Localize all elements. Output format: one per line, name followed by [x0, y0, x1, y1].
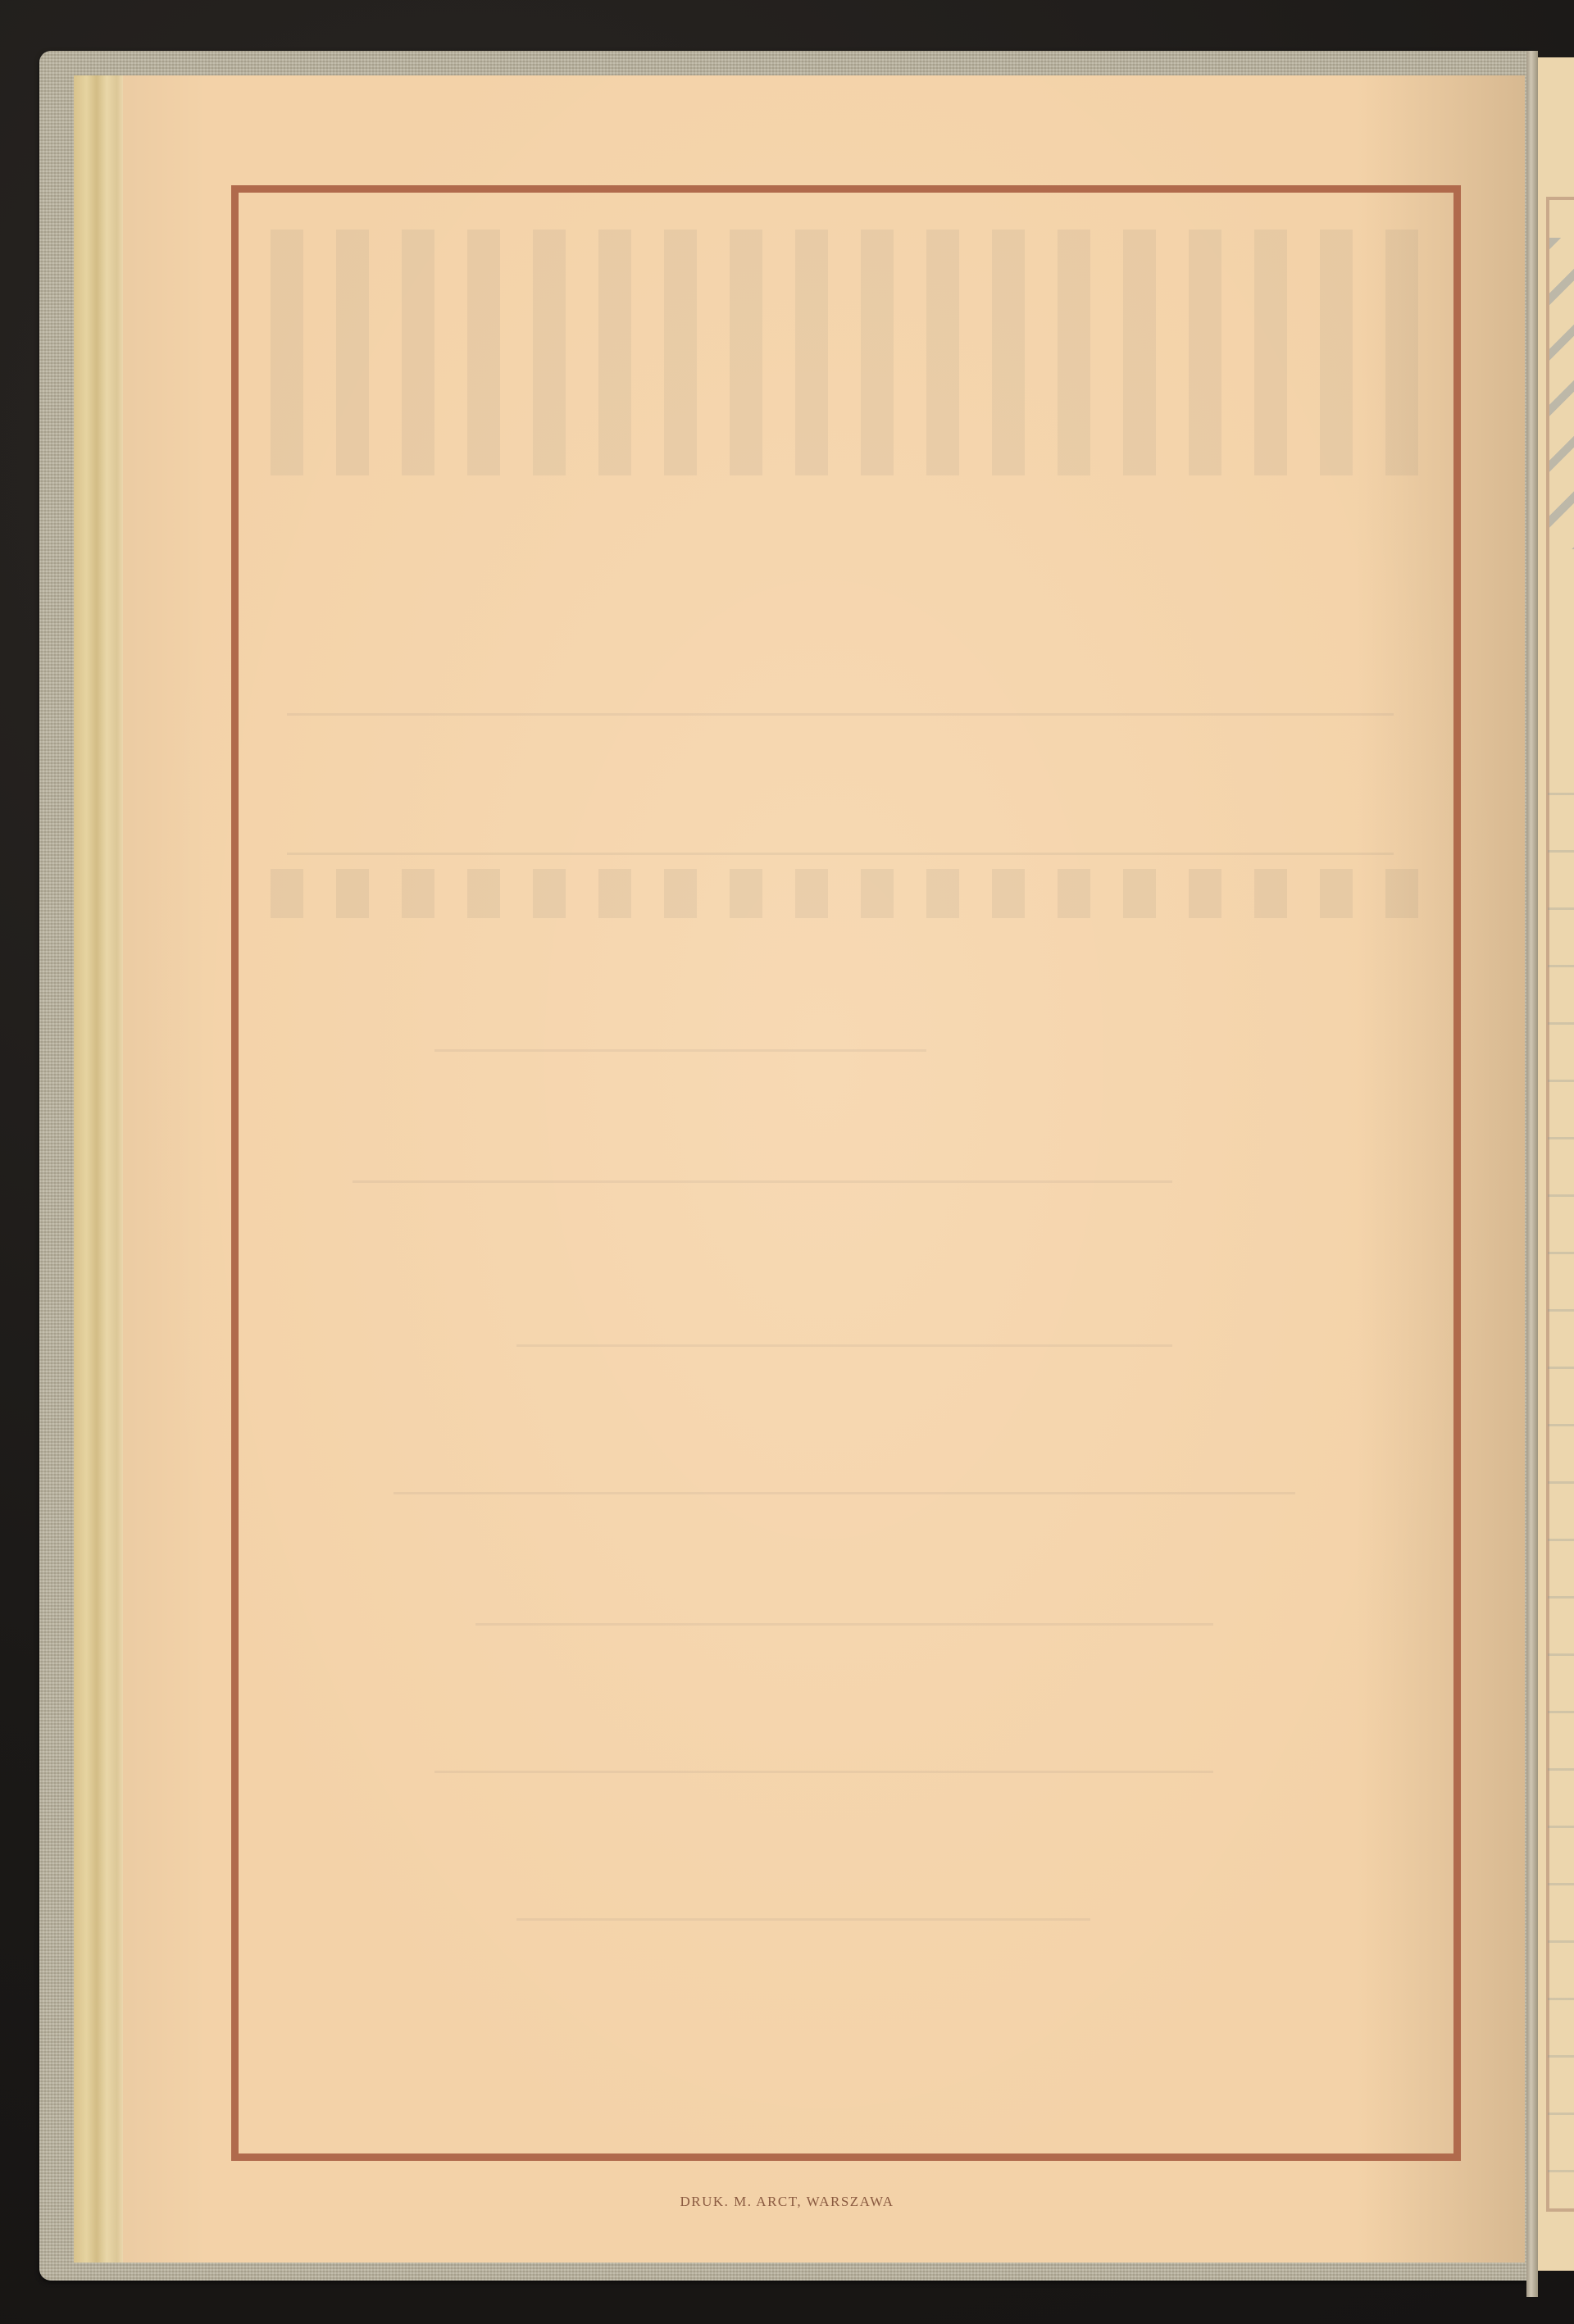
printer-imprint: DRUK. M. ARCT, WARSZAWA [0, 2194, 1574, 2210]
facing-page-ornament [1549, 238, 1574, 549]
facing-page-handwriting [1548, 779, 1574, 2172]
page-edges [74, 75, 125, 2263]
facing-page-edge [1538, 57, 1574, 2271]
printed-border-frame [231, 185, 1461, 2161]
book-gutter [1526, 51, 1538, 2297]
